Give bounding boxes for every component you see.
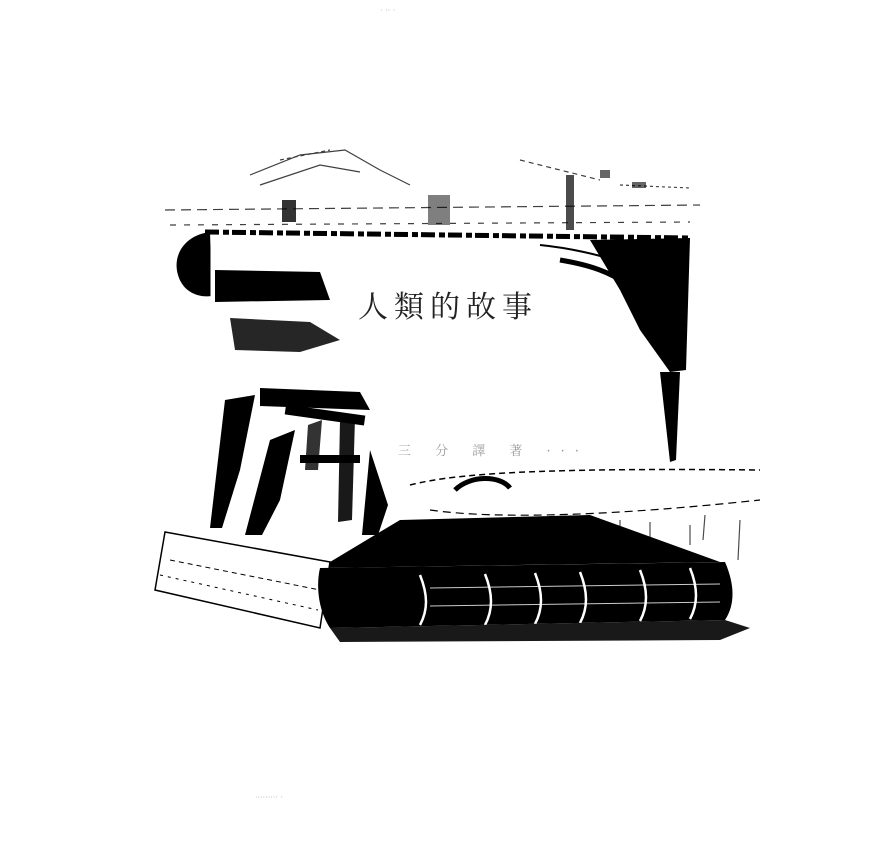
scroll-subtitle: 三 分 譯 著 ··· [398, 440, 589, 459]
upright-books [210, 395, 388, 535]
book-frontispiece: 人類的故事 三 分 譯 著 ··· · ·· · ········· · [0, 0, 870, 842]
top-marks: · ·· · [380, 6, 395, 15]
lying-book [155, 515, 750, 642]
scroll-title: 人類的故事 [358, 282, 598, 326]
engraving-illustration [0, 0, 870, 842]
bottom-marks: ········· · [255, 793, 283, 802]
